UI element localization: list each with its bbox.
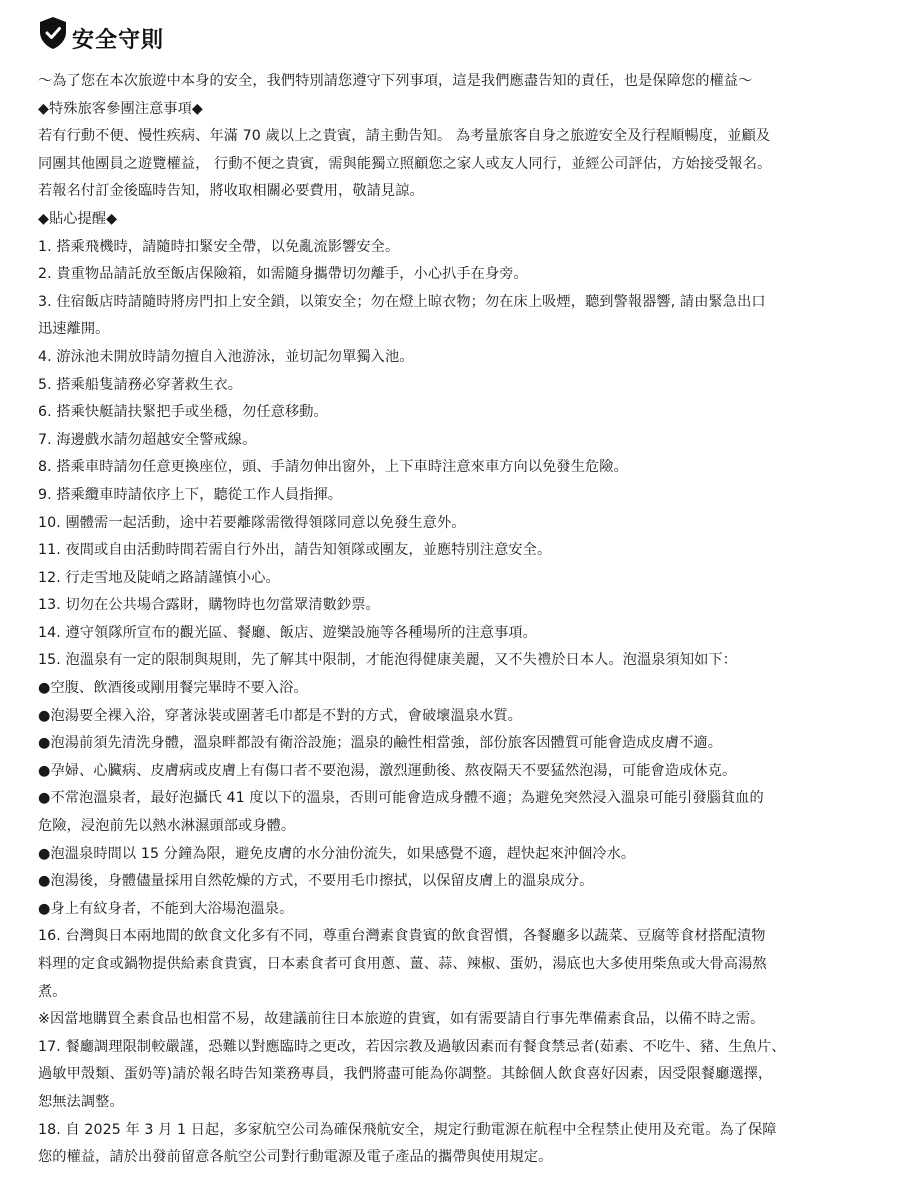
tip-line: 14. 遵守領隊所宣布的觀光區、餐廳、飯店、遊樂設施等各種場所的注意事項。 <box>38 620 868 648</box>
title-row: 安全守則 <box>38 12 868 56</box>
page-title: 安全守則 <box>72 26 164 56</box>
tip-line: 過敏甲殼類、蛋奶等)請於報名時告知業務專員，我們將盡可能為你調整。其餘個人飲食喜… <box>38 1061 868 1089</box>
tip-line: 煮。 <box>38 979 868 1007</box>
tips-heading: ◆貼心提醒◆ <box>38 206 868 234</box>
tip-line: 3. 住宿飯店時請隨時將房門扣上安全鎖，以策安全；勿在燈上晾衣物；勿在床上吸煙，… <box>38 289 868 317</box>
tip-line: 料理的定食或鍋物提供給素食貴賓，日本素食者可食用蔥、薑、蒜、辣椒、蛋奶，湯底也大… <box>38 951 868 979</box>
hot-spring-bullet: ●泡湯後，身體儘量採用自然乾燥的方式，不要用毛巾擦拭，以保留皮膚上的溫泉成分。 <box>38 868 868 896</box>
hot-spring-bullet: ●泡湯前須先清洗身體，溫泉畔都設有衛浴設施；溫泉的鹼性相當強，部份旅客因體質可能… <box>38 730 868 758</box>
hot-spring-bullet: ●孕婦、心臟病、皮膚病或皮膚上有傷口者不要泡湯，激烈運動後、熬夜隔天不要猛然泡湯… <box>38 758 868 786</box>
special-line: 同團其他團員之遊覽權益， 行動不便之貴賓，需與能獨立照顧您之家人或友人同行，並經… <box>38 151 868 179</box>
tip-line: 2. 貴重物品請託放至飯店保險箱，如需隨身攜帶切勿離手，小心扒手在身旁。 <box>38 261 868 289</box>
hot-spring-bullet: ●身上有紋身者，不能到大浴場泡溫泉。 <box>38 896 868 924</box>
tip-line: 16. 台灣與日本兩地間的飲食文化多有不同，尊重台灣素食貴賓的飲食習慣，各餐廳多… <box>38 923 868 951</box>
tip-line: 13. 切勿在公共場合露財，購物時也勿當眾清數鈔票。 <box>38 592 868 620</box>
hot-spring-bullet: ●泡溫泉時間以 15 分鐘為限，避免皮膚的水分油份流失，如果感覺不適，趕快起來沖… <box>38 841 868 869</box>
tip-line: 12. 行走雪地及陡峭之路請謹慎小心。 <box>38 565 868 593</box>
special-line: 若報名付訂金後臨時告知，將收取相關必要費用，敬請見諒。 <box>38 178 868 206</box>
tip-line: 11. 夜間或自由活動時間若需自行外出，請告知領隊或團友，並應特別注意安全。 <box>38 537 868 565</box>
tip-line: 7. 海邊戲水請勿超越安全警戒線。 <box>38 427 868 455</box>
tip-line: 15. 泡溫泉有一定的限制與規則，先了解其中限制，才能泡得健康美麗，又不失禮於日… <box>38 647 868 675</box>
tip-line: 6. 搭乘快艇請扶緊把手或坐穩，勿任意移動。 <box>38 399 868 427</box>
tip-line: 恕無法調整。 <box>38 1089 868 1117</box>
tip-line: 迅速離開。 <box>38 316 868 344</box>
safety-rules-document: 安全守則 ～為了您在本次旅遊中本身的安全，我們特別請您遵守下列事項，這是我們應盡… <box>0 0 868 1172</box>
tip-line: 5. 搭乘船隻請務必穿著救生衣。 <box>38 372 868 400</box>
intro-text: ～為了您在本次旅遊中本身的安全，我們特別請您遵守下列事項，這是我們應盡告知的責任… <box>38 68 868 96</box>
hot-spring-bullet: 危險，浸泡前先以熱水淋濕頭部或身體。 <box>38 813 868 841</box>
hot-spring-bullet: ●泡湯要全裸入浴，穿著泳裝或圍著毛巾都是不對的方式，會破壞溫泉水質。 <box>38 703 868 731</box>
tip-line: 1. 搭乘飛機時，請隨時扣緊安全帶，以免亂流影響安全。 <box>38 234 868 262</box>
tip-line: 9. 搭乘纜車時請依序上下，聽從工作人員指揮。 <box>38 482 868 510</box>
tip-line: 10. 團體需一起活動，途中若要離隊需徵得領隊同意以免發生意外。 <box>38 510 868 538</box>
tip-line: 8. 搭乘車時請勿任意更換座位，頭、手請勿伸出窗外，上下車時注意來車方向以免發生… <box>38 454 868 482</box>
tip-line: 您的權益，請於出發前留意各航空公司對行動電源及電子產品的攜帶與使用規定。 <box>38 1144 868 1172</box>
vegetarian-note: ※因當地購買全素食品也相當不易，故建議前往日本旅遊的貴賓，如有需要請自行事先準備… <box>38 1006 868 1034</box>
special-heading: ◆特殊旅客參團注意事項◆ <box>38 96 868 124</box>
shield-check-icon <box>38 16 68 50</box>
tip-line: 18. 自 2025 年 3 月 1 日起，多家航空公司為確保飛航安全，規定行動… <box>38 1117 868 1145</box>
tip-line: 17. 餐廳調理限制較嚴謹，恐難以對應臨時之更改，若因宗教及過敏因素而有餐食禁忌… <box>38 1034 868 1062</box>
hot-spring-bullet: ●空腹、飲酒後或剛用餐完畢時不要入浴。 <box>38 675 868 703</box>
hot-spring-bullet: ●不常泡溫泉者，最好泡攝氏 41 度以下的溫泉，否則可能會造成身體不適；為避免突… <box>38 785 868 813</box>
special-line: 若有行動不便、慢性疾病、年滿 70 歲以上之貴賓，請主動告知。 為考量旅客自身之… <box>38 123 868 151</box>
tip-line: 4. 游泳池未開放時請勿擅自入池游泳，並切記勿單獨入池。 <box>38 344 868 372</box>
